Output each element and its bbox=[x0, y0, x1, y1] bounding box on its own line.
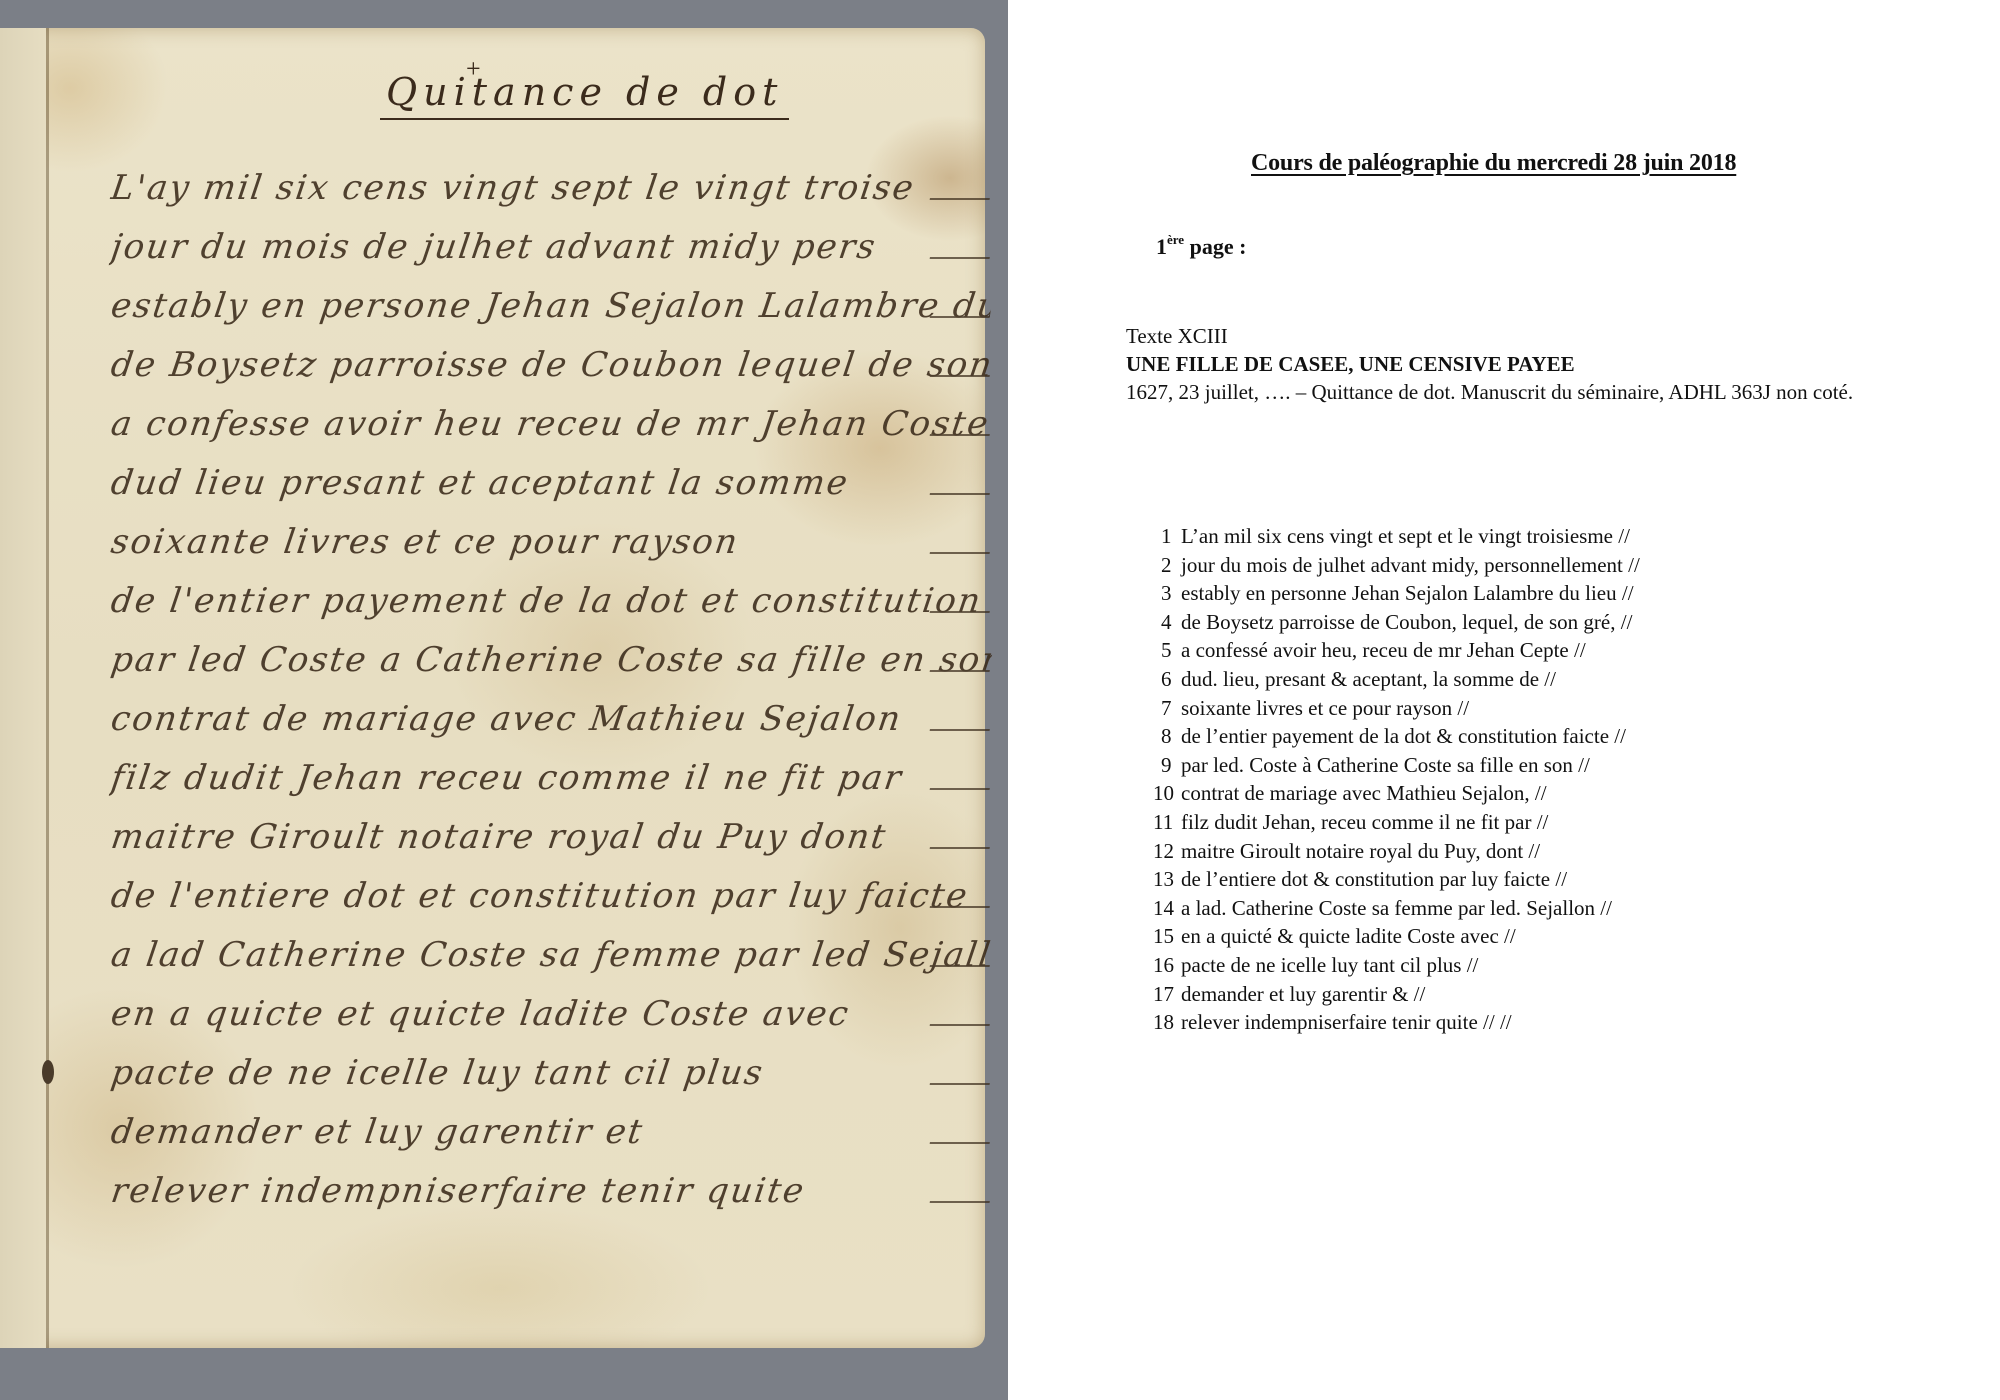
transcription-line: 4de Boysetz parroisse de Coubon, lequel,… bbox=[1153, 608, 1640, 637]
line-number: 5 bbox=[1153, 636, 1181, 665]
line-number: 7 bbox=[1153, 694, 1181, 723]
manuscript-line: de Boysetz parroisse de Coubon lequel de… bbox=[106, 345, 994, 404]
manuscript-page: + Quitance de dot L'ay mil six cens ving… bbox=[0, 28, 985, 1348]
manuscript-line: pacte de ne icelle luy tant cil plus bbox=[106, 1053, 994, 1112]
line-number: 15 bbox=[1153, 922, 1181, 951]
transcription-line: 12maitre Giroult notaire royal du Puy, d… bbox=[1153, 837, 1640, 866]
line-number: 16 bbox=[1153, 951, 1181, 980]
manuscript-line: filz dudit Jehan receu comme il ne fit p… bbox=[106, 758, 994, 817]
transcription-line: 13de l’entiere dot & constitution par lu… bbox=[1153, 865, 1640, 894]
text-source: 1627, 23 juillet, …. – Quittance de dot.… bbox=[1126, 378, 1926, 406]
transcription-line: 2jour du mois de julhet advant midy, per… bbox=[1153, 551, 1640, 580]
transcription-line: 3estably en personne Jehan Sejalon Lalam… bbox=[1153, 579, 1640, 608]
manuscript-line: soixante livres et ce pour rayson bbox=[106, 522, 994, 581]
line-number: 18 bbox=[1153, 1008, 1181, 1037]
manuscript-line: L'ay mil six cens vingt sept le vingt tr… bbox=[106, 168, 994, 227]
line-text: relever indempniserfaire tenir quite // … bbox=[1181, 1008, 1512, 1037]
transcription-document: Cours de paléographie du mercredi 28 jui… bbox=[1008, 0, 2000, 1400]
transcription-line: 8de l’entier payement de la dot & consti… bbox=[1153, 722, 1640, 751]
transcription-line: 15en a quicté & quicte ladite Coste avec… bbox=[1153, 922, 1640, 951]
line-text: soixante livres et ce pour rayson // bbox=[1181, 694, 1469, 723]
line-text: de l’entiere dot & constitution par luy … bbox=[1181, 865, 1567, 894]
line-number: 8 bbox=[1153, 722, 1181, 751]
manuscript-line: a lad Catherine Coste sa femme par led S… bbox=[106, 935, 994, 994]
page-label: 1ère page : bbox=[1156, 232, 1246, 260]
transcription-line: 6dud. lieu, presant & aceptant, la somme… bbox=[1153, 665, 1640, 694]
transcription-line: 14a lad. Catherine Coste sa femme par le… bbox=[1153, 894, 1640, 923]
text-id: Texte XCIII bbox=[1126, 322, 1926, 350]
manuscript-line: demander et luy garentir et bbox=[106, 1112, 994, 1171]
page-fold-margin bbox=[0, 28, 46, 1348]
line-number: 14 bbox=[1153, 894, 1181, 923]
page-label-superscript: ère bbox=[1167, 232, 1184, 247]
transcription-line: 7soixante livres et ce pour rayson // bbox=[1153, 694, 1640, 723]
manuscript-line: contrat de mariage avec Mathieu Sejalon bbox=[106, 699, 994, 758]
line-text: pacte de ne icelle luy tant cil plus // bbox=[1181, 951, 1478, 980]
page-label-text: page : bbox=[1184, 234, 1246, 259]
transcription-line: 10contrat de mariage avec Mathieu Sejalo… bbox=[1153, 779, 1640, 808]
page-fold-line bbox=[46, 28, 49, 1348]
manuscript-handwriting: L'ay mil six cens vingt sept le vingt tr… bbox=[110, 168, 990, 1230]
manuscript-line: en a quicte et quicte ladite Coste avec bbox=[106, 994, 994, 1053]
line-text: L’an mil six cens vingt et sept et le vi… bbox=[1181, 522, 1630, 551]
transcription-line: 17demander et luy garentir & // bbox=[1153, 980, 1640, 1009]
transcription-line: 16pacte de ne icelle luy tant cil plus /… bbox=[1153, 951, 1640, 980]
text-metadata: Texte XCIII UNE FILLE DE CASEE, UNE CENS… bbox=[1126, 322, 1926, 406]
manuscript-line: maitre Giroult notaire royal du Puy dont bbox=[106, 817, 994, 876]
line-text: a confessé avoir heu, receu de mr Jehan … bbox=[1181, 636, 1586, 665]
binding-hole bbox=[42, 1060, 54, 1084]
line-text: maitre Giroult notaire royal du Puy, don… bbox=[1181, 837, 1540, 866]
manuscript-line: estably en persone Jehan Sejalon Lalambr… bbox=[106, 286, 994, 345]
line-text: jour du mois de julhet advant midy, pers… bbox=[1181, 551, 1640, 580]
text-heading: UNE FILLE DE CASEE, UNE CENSIVE PAYEE bbox=[1126, 350, 1926, 378]
manuscript-heading: Quitance de dot bbox=[380, 70, 789, 120]
page-label-number: 1 bbox=[1156, 234, 1167, 259]
line-text: dud. lieu, presant & aceptant, la somme … bbox=[1181, 665, 1556, 694]
transcription-lines: 1L’an mil six cens vingt et sept et le v… bbox=[1153, 522, 1640, 1037]
line-number: 4 bbox=[1153, 608, 1181, 637]
transcription-line: 18relever indempniserfaire tenir quite /… bbox=[1153, 1008, 1640, 1037]
manuscript-line: jour du mois de julhet advant midy pers bbox=[106, 227, 994, 286]
manuscript-line: par led Coste a Catherine Coste sa fille… bbox=[106, 640, 994, 699]
manuscript-photo: + Quitance de dot L'ay mil six cens ving… bbox=[0, 0, 1008, 1400]
line-number: 17 bbox=[1153, 980, 1181, 1009]
transcription-line: 9par led. Coste à Catherine Coste sa fil… bbox=[1153, 751, 1640, 780]
line-text: de Boysetz parroisse de Coubon, lequel, … bbox=[1181, 608, 1632, 637]
line-number: 11 bbox=[1153, 808, 1181, 837]
transcription-line: 5a confessé avoir heu, receu de mr Jehan… bbox=[1153, 636, 1640, 665]
line-number: 1 bbox=[1153, 522, 1181, 551]
manuscript-line: de l'entier payement de la dot et consti… bbox=[106, 581, 994, 640]
line-text: filz dudit Jehan, receu comme il ne fit … bbox=[1181, 808, 1548, 837]
line-text: de l’entier payement de la dot & constit… bbox=[1181, 722, 1626, 751]
line-number: 10 bbox=[1153, 779, 1181, 808]
line-number: 3 bbox=[1153, 579, 1181, 608]
line-text: demander et luy garentir & // bbox=[1181, 980, 1425, 1009]
course-title: Cours de paléographie du mercredi 28 jui… bbox=[1251, 150, 1736, 177]
line-text: a lad. Catherine Coste sa femme par led.… bbox=[1181, 894, 1612, 923]
manuscript-line: dud lieu presant et aceptant la somme bbox=[106, 463, 994, 522]
line-text: contrat de mariage avec Mathieu Sejalon,… bbox=[1181, 779, 1547, 808]
line-text: en a quicté & quicte ladite Coste avec /… bbox=[1181, 922, 1516, 951]
line-number: 2 bbox=[1153, 551, 1181, 580]
manuscript-line: de l'entiere dot et constitution par luy… bbox=[106, 876, 994, 935]
line-number: 6 bbox=[1153, 665, 1181, 694]
line-text: estably en personne Jehan Sejalon Lalamb… bbox=[1181, 579, 1634, 608]
line-number: 9 bbox=[1153, 751, 1181, 780]
manuscript-line: relever indempniserfaire tenir quite bbox=[106, 1171, 994, 1230]
line-text: par led. Coste à Catherine Coste sa fill… bbox=[1181, 751, 1590, 780]
line-number: 13 bbox=[1153, 865, 1181, 894]
manuscript-line: a confesse avoir heu receu de mr Jehan C… bbox=[106, 404, 994, 463]
transcription-line: 1L’an mil six cens vingt et sept et le v… bbox=[1153, 522, 1640, 551]
line-number: 12 bbox=[1153, 837, 1181, 866]
transcription-line: 11filz dudit Jehan, receu comme il ne fi… bbox=[1153, 808, 1640, 837]
